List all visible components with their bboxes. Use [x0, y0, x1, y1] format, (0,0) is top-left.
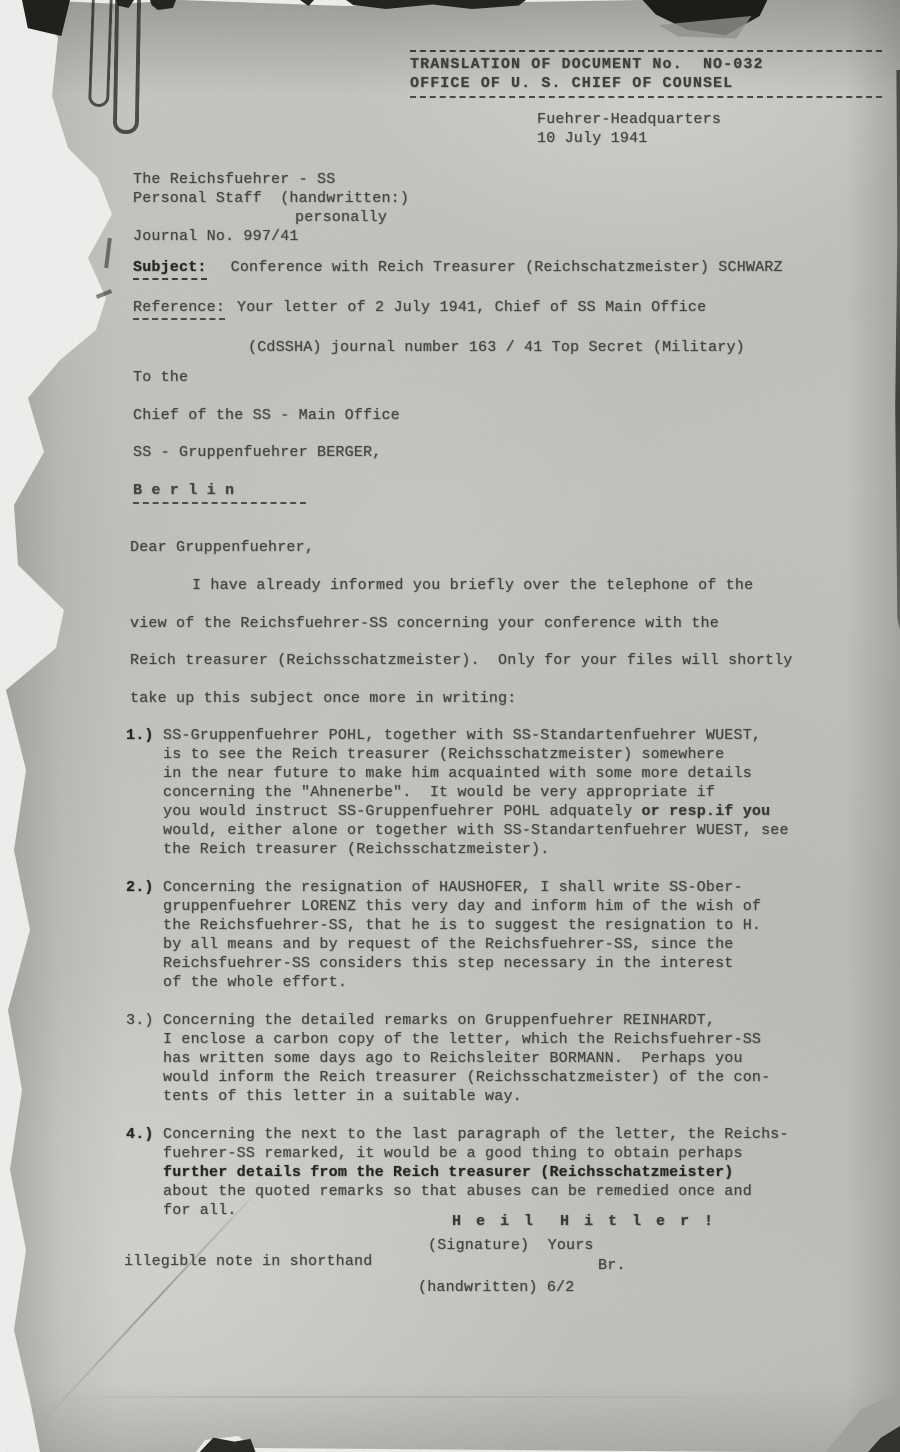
sender-block: The Reichsfuehrer - SS Personal Staff (h… — [133, 170, 409, 246]
letter-content: TRANSLATION OF DOCUMENT No. NO-032 OFFIC… — [0, 0, 900, 1452]
item-line: by all means and by request of the Reich… — [163, 935, 832, 954]
closing-salute: H e i l H i t l e r ! — [452, 1212, 716, 1231]
item-body: Concerning the detailed remarks on Grupp… — [163, 1011, 832, 1106]
item-line: I enclose a carbon copy of the letter, w… — [163, 1030, 832, 1049]
subject-row: Subject: Conference with Reich Treasurer… — [133, 258, 783, 280]
stamp-line-2: OFFICE OF U. S. CHIEF OF COUNSEL — [410, 74, 882, 98]
item-line: would, either alone or together with SS-… — [163, 821, 832, 840]
intro-paragraph: I have already informed you briefly over… — [130, 576, 820, 726]
item-line: Reichsfuehrer-SS considers this step nec… — [163, 954, 832, 973]
dateline-date: 10 July 1941 — [537, 129, 721, 148]
reference-text-2: (CdSSHA) journal number 163 / 41 Top Sec… — [248, 338, 745, 357]
shorthand-note: illegible note in shorthand — [124, 1252, 372, 1271]
item-line: the Reichsfuehrer-SS, that he is to sugg… — [163, 916, 832, 935]
intro-line: I have already informed you briefly over… — [130, 576, 820, 614]
scanned-document: TRANSLATION OF DOCUMENT No. NO-032 OFFIC… — [0, 0, 900, 1452]
item-line: would inform the Reich treasurer (Reichs… — [163, 1068, 832, 1087]
salutation: Dear Gruppenfuehrer, — [130, 538, 314, 557]
item-number: 4.) — [126, 1125, 163, 1220]
numbered-items: 1.) SS-Gruppenfuehrer POHL, together wit… — [126, 726, 832, 1239]
item-line: concerning the "Ahnenerbe". It would be … — [163, 783, 832, 802]
item-line: in the near future to make him acquainte… — [163, 764, 832, 783]
item-number: 1.) — [126, 726, 163, 859]
item-line: is to see the Reich treasurer (Reichssch… — [163, 745, 832, 764]
spacer — [207, 258, 231, 280]
sender-line: Personal Staff (handwritten:) — [133, 189, 409, 208]
item-number: 2.) — [126, 878, 163, 992]
intro-line: view of the Reichsfuehrer-SS concerning … — [130, 614, 820, 652]
item-line: SS-Gruppenfuehrer POHL, together with SS… — [163, 726, 832, 745]
sender-line-handwritten: personally — [133, 208, 409, 227]
numbered-item-2: 2.) Concerning the resignation of HAUSHO… — [126, 878, 832, 992]
recipient-name: SS - Gruppenfuehrer BERGER, — [133, 443, 400, 462]
item-line: the Reich treasurer (Reichsschatzmeister… — [163, 840, 832, 859]
item-line: of the whole effort. — [163, 973, 832, 992]
intro-line: Reich treasurer (Reichsschatzmeister). O… — [130, 651, 820, 689]
item-line: Concerning the next to the last paragrap… — [163, 1125, 832, 1144]
item-line: has written some days ago to Reichsleite… — [163, 1049, 832, 1068]
translation-stamp: TRANSLATION OF DOCUMENT No. NO-032 OFFIC… — [410, 50, 882, 98]
signature-note: (Signature) Yours — [428, 1236, 594, 1255]
recipient-city: B e r l i n — [133, 481, 306, 504]
reference-text: Your letter of 2 July 1941, Chief of SS … — [237, 298, 706, 320]
dateline-place: Fuehrer-Headquarters — [537, 110, 721, 129]
stamp-line-1: TRANSLATION OF DOCUMENT No. NO-032 — [410, 55, 882, 74]
numbered-item-4: 4.) Concerning the next to the last para… — [126, 1125, 832, 1220]
reference-row: Reference: Your letter of 2 July 1941, C… — [133, 298, 706, 320]
numbered-item-3: 3.) Concerning the detailed remarks on G… — [126, 1011, 832, 1106]
signature-initial: Br. — [598, 1256, 626, 1275]
intro-line: take up this subject once more in writin… — [130, 689, 820, 727]
item-line: fuehrer-SS remarked, it would be a good … — [163, 1144, 832, 1163]
reference-label: Reference: — [133, 298, 225, 320]
spacer — [225, 298, 237, 320]
item-line-normal: you would instruct SS-Gruppenfuehrer POH… — [163, 803, 641, 820]
item-body: Concerning the next to the last paragrap… — [163, 1125, 832, 1220]
dateline: Fuehrer-Headquarters 10 July 1941 — [537, 110, 721, 148]
item-line: you would instruct SS-Gruppenfuehrer POH… — [163, 802, 832, 821]
recipient-line: Chief of the SS - Main Office — [133, 406, 400, 425]
item-body: Concerning the resignation of HAUSHOFER,… — [163, 878, 832, 992]
recipient-line: To the — [133, 368, 400, 387]
item-number: 3.) — [126, 1011, 163, 1106]
numbered-item-1: 1.) SS-Gruppenfuehrer POHL, together wit… — [126, 726, 832, 859]
item-body: SS-Gruppenfuehrer POHL, together with SS… — [163, 726, 832, 859]
item-line: Concerning the resignation of HAUSHOFER,… — [163, 878, 832, 897]
handwritten-note: (handwritten) 6/2 — [418, 1278, 574, 1297]
sender-line: The Reichsfuehrer - SS — [133, 170, 409, 189]
item-line-emphasis: or resp.if you — [641, 803, 770, 820]
item-line: tents of this letter in a suitable way. — [163, 1087, 832, 1106]
item-line: gruppenfuehrer LORENZ this very day and … — [163, 897, 832, 916]
item-line: about the quoted remarks so that abuses … — [163, 1182, 832, 1201]
recipient-block: To the Chief of the SS - Main Office SS … — [133, 368, 400, 522]
sender-journal-number: Journal No. 997/41 — [133, 227, 409, 246]
item-line: Concerning the detailed remarks on Grupp… — [163, 1011, 832, 1030]
subject-text: Conference with Reich Treasurer (Reichsc… — [231, 258, 783, 280]
subject-label: Subject: — [133, 258, 207, 280]
item-line-emphasis: further details from the Reich treasurer… — [163, 1163, 832, 1182]
